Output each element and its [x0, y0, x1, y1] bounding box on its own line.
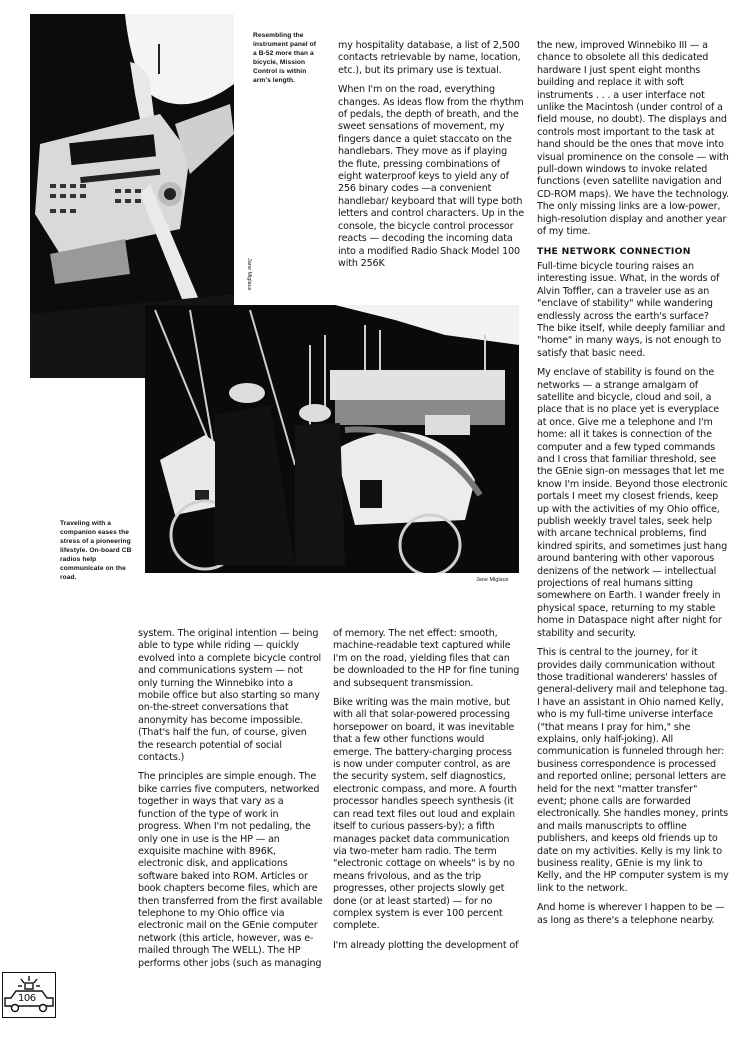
paragraph: My enclave of stability is found on the …: [537, 367, 729, 640]
section-heading: THE NETWORK CONNECTION: [537, 246, 729, 258]
paragraph: The principles are simple enough. The bi…: [138, 771, 324, 970]
page-number: 106: [18, 993, 36, 1004]
paragraph: Bike writing was the main motive, but wi…: [333, 697, 521, 933]
paragraph: This is central to the journey, for it p…: [537, 647, 729, 895]
paragraph: of memory. The net effect: smooth, machi…: [333, 628, 521, 690]
console-photo-caption: Resembling the instrument panel of a B-5…: [253, 31, 321, 85]
paragraph: And home is wherever I happen to be — as…: [537, 902, 729, 927]
paragraph: my hospitality database, a list of 2,500…: [338, 40, 525, 77]
paragraph: I'm already plotting the development of: [333, 940, 521, 952]
article-column-bottom-left: system. The original intention — being a…: [138, 628, 324, 977]
riders-photo-credit: Jane Miglaus: [476, 577, 508, 583]
riders-photo-art: [145, 305, 519, 573]
riders-photo-caption: Traveling with a companion eases the str…: [60, 519, 136, 582]
article-column-bottom-middle: of memory. The net effect: smooth, machi…: [333, 628, 521, 959]
article-column-top-middle: my hospitality database, a list of 2,500…: [338, 40, 525, 277]
page-number-box: 106: [2, 972, 56, 1018]
paragraph: When I'm on the road, everything changes…: [338, 84, 525, 270]
riders-photo: [145, 305, 519, 573]
console-photo-credit: Jane Miglaus: [246, 258, 252, 290]
paragraph: Full-time bicycle touring raises an inte…: [537, 261, 729, 360]
article-column-right: the new, improved Winnebiko III — a chan…: [537, 40, 729, 934]
paragraph: the new, improved Winnebiko III — a chan…: [537, 40, 729, 239]
paragraph: system. The original intention — being a…: [138, 628, 324, 764]
